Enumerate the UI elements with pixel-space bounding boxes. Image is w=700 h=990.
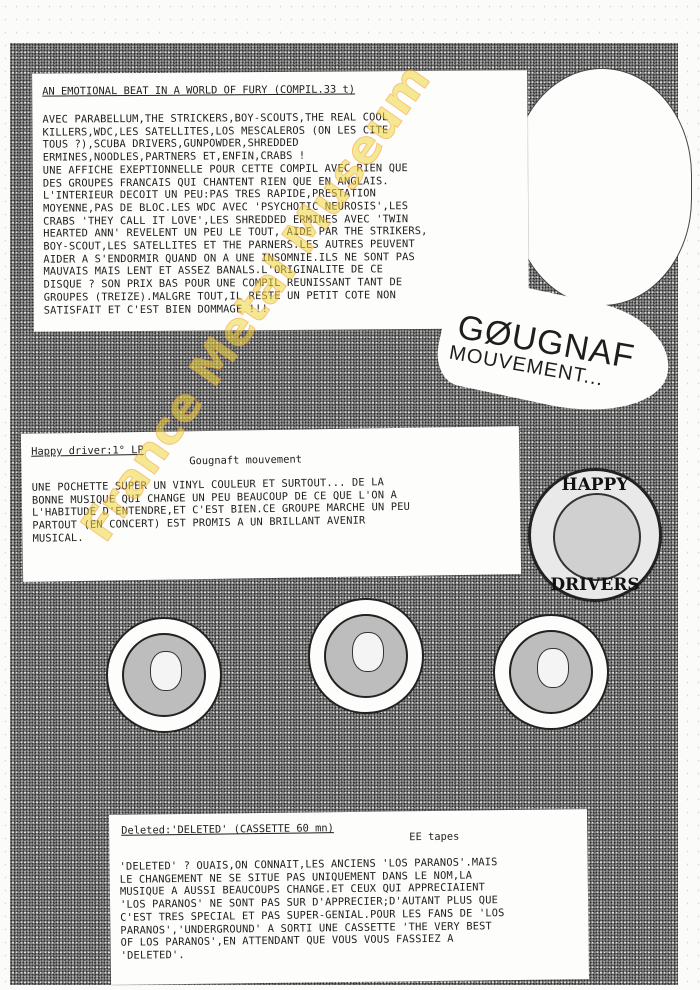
review-body: UNE POCHETTE SUPER UN VINYL COULEUR ET S… xyxy=(32,476,411,545)
review-title: AN EMOTIONAL BEAT IN A WORLD OF FURY (CO… xyxy=(42,83,355,97)
review-happy-drivers: Happy driver:1° LP Gougnaft mouvement UN… xyxy=(21,426,521,582)
review-compilation: AN EMOTIONAL BEAT IN A WORLD OF FURY (CO… xyxy=(32,70,529,331)
band-member-portrait xyxy=(308,598,424,714)
band-member-portrait xyxy=(493,614,609,730)
portrait-face-icon xyxy=(122,633,206,717)
review-body: AVEC PARABELLUM,THE STRICKERS,BOY-SCOUTS… xyxy=(42,111,428,317)
happy-drivers-badge: HAPPY DRIVERS xyxy=(528,468,662,602)
badge-top-text: HAPPY xyxy=(531,475,659,495)
portrait-face-icon xyxy=(509,630,593,714)
review-title: Deleted:'DELETED' (CASSETTE 60 mn) xyxy=(121,822,334,837)
band-faces-icon xyxy=(553,493,641,581)
review-title: Happy driver:1° LP xyxy=(31,444,144,458)
review-body: 'DELETED' ? OUAIS,ON CONNAIT,LES ANCIENS… xyxy=(120,856,506,962)
review-label: Gougnaft mouvement xyxy=(189,454,302,468)
bird-illustration xyxy=(512,68,692,306)
review-label: EE tapes xyxy=(409,831,459,844)
review-deleted: Deleted:'DELETED' (CASSETTE 60 mn) EE ta… xyxy=(109,809,589,985)
badge-bottom-text: DRIVERS xyxy=(531,575,659,595)
portrait-face-icon xyxy=(324,614,408,698)
band-member-portrait xyxy=(106,617,222,733)
